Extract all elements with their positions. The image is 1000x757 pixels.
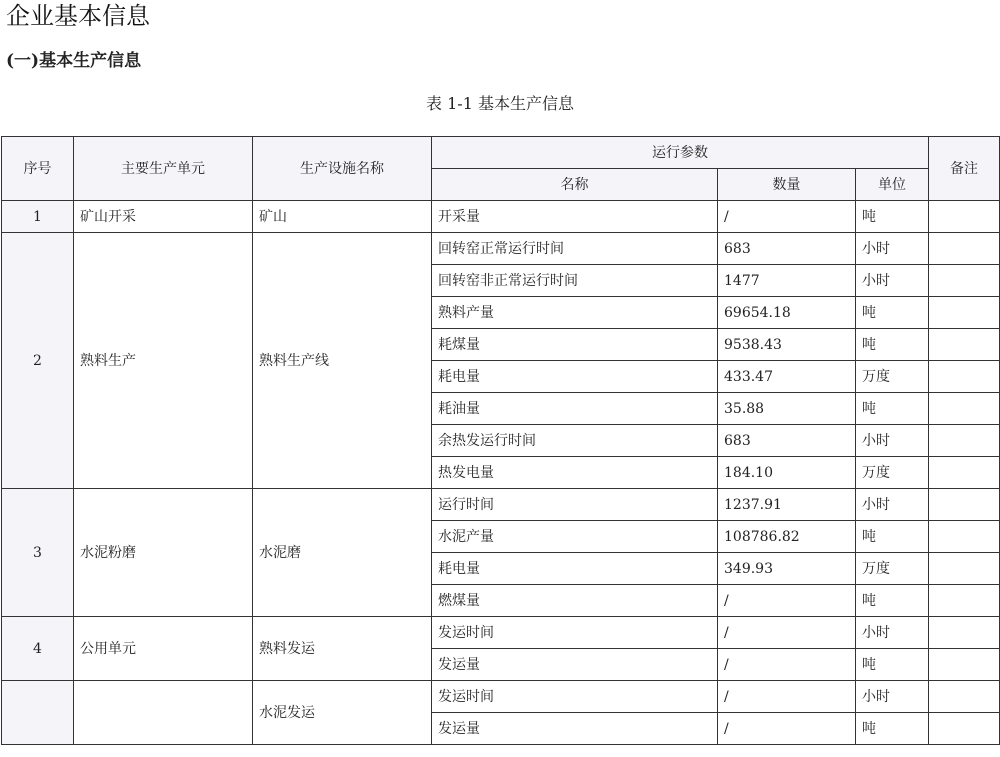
cell-remark <box>929 553 1000 585</box>
cell-param-qty: 1477 <box>718 265 856 297</box>
cell-facility-name: 矿山 <box>253 201 432 233</box>
cell-param-unit: 吨 <box>856 201 929 233</box>
cell-param-qty: / <box>718 649 856 681</box>
cell-param-qty: / <box>718 585 856 617</box>
cell-param-unit: 小时 <box>856 425 929 457</box>
cell-param-name: 回转窑非正常运行时间 <box>432 265 718 297</box>
cell-seq: 4 <box>2 617 74 681</box>
cell-remark <box>929 265 1000 297</box>
cell-remark <box>929 489 1000 521</box>
cell-param-unit: 吨 <box>856 297 929 329</box>
cell-param-name: 耗煤量 <box>432 329 718 361</box>
cell-param-unit: 万度 <box>856 457 929 489</box>
table-row: 2熟料生产熟料生产线回转窑正常运行时间683小时 <box>2 233 1000 265</box>
cell-param-name: 开采量 <box>432 201 718 233</box>
cell-param-name: 耗电量 <box>432 553 718 585</box>
cell-remark <box>929 681 1000 713</box>
cell-facility-name: 熟料发运 <box>253 617 432 681</box>
cell-remark <box>929 361 1000 393</box>
cell-param-unit: 万度 <box>856 361 929 393</box>
table-caption: 表 1-1 基本生产信息 <box>0 93 1000 115</box>
cell-remark <box>929 649 1000 681</box>
cell-param-qty: / <box>718 681 856 713</box>
cell-param-qty: 349.93 <box>718 553 856 585</box>
cell-param-unit: 小时 <box>856 489 929 521</box>
cell-remark <box>929 233 1000 265</box>
cell-param-unit: 吨 <box>856 713 929 745</box>
cell-param-qty: / <box>718 201 856 233</box>
cell-facility-name: 水泥发运 <box>253 681 432 745</box>
cell-production-unit: 矿山开采 <box>74 201 253 233</box>
cell-param-name: 运行时间 <box>432 489 718 521</box>
document-title: 企业基本信息 <box>6 0 150 32</box>
cell-param-unit: 吨 <box>856 393 929 425</box>
cell-remark <box>929 425 1000 457</box>
cell-param-name: 发运时间 <box>432 681 718 713</box>
cell-param-qty: 433.47 <box>718 361 856 393</box>
cell-remark <box>929 457 1000 489</box>
cell-remark <box>929 521 1000 553</box>
header-seq: 序号 <box>2 137 74 201</box>
section-title: (一)基本生产信息 <box>6 48 141 74</box>
header-param-name: 名称 <box>432 169 718 201</box>
cell-param-qty: 683 <box>718 425 856 457</box>
table-row: 4公用单元熟料发运发运时间/小时 <box>2 617 1000 649</box>
cell-param-qty: 184.10 <box>718 457 856 489</box>
cell-production-unit: 公用单元 <box>74 617 253 681</box>
cell-param-unit: 小时 <box>856 265 929 297</box>
cell-param-name: 回转窑正常运行时间 <box>432 233 718 265</box>
cell-param-name: 余热发运行时间 <box>432 425 718 457</box>
cell-facility-name: 水泥磨 <box>253 489 432 617</box>
cell-param-qty: 9538.43 <box>718 329 856 361</box>
header-params: 运行参数 <box>432 137 929 169</box>
cell-param-name: 燃煤量 <box>432 585 718 617</box>
cell-param-unit: 小时 <box>856 617 929 649</box>
cell-seq <box>2 681 74 745</box>
cell-remark <box>929 393 1000 425</box>
cell-param-name: 发运量 <box>432 713 718 745</box>
cell-seq: 3 <box>2 489 74 617</box>
cell-param-name: 耗电量 <box>432 361 718 393</box>
table-body: 1矿山开采矿山开采量/吨2熟料生产熟料生产线回转窑正常运行时间683小时回转窑非… <box>2 201 1000 745</box>
cell-param-qty: / <box>718 617 856 649</box>
cell-param-qty: 108786.82 <box>718 521 856 553</box>
cell-param-qty: 69654.18 <box>718 297 856 329</box>
cell-param-qty: 683 <box>718 233 856 265</box>
cell-production-unit: 熟料生产 <box>74 233 253 489</box>
cell-production-unit: 水泥粉磨 <box>74 489 253 617</box>
cell-param-name: 热发电量 <box>432 457 718 489</box>
cell-remark <box>929 201 1000 233</box>
cell-param-name: 耗油量 <box>432 393 718 425</box>
cell-param-name: 发运量 <box>432 649 718 681</box>
cell-remark <box>929 617 1000 649</box>
cell-remark <box>929 329 1000 361</box>
cell-param-qty: 1237.91 <box>718 489 856 521</box>
cell-param-unit: 吨 <box>856 649 929 681</box>
header-param-unit: 单位 <box>856 169 929 201</box>
cell-param-unit: 万度 <box>856 553 929 585</box>
cell-param-qty: / <box>718 713 856 745</box>
cell-param-name: 水泥产量 <box>432 521 718 553</box>
table-row: 3水泥粉磨水泥磨运行时间1237.91小时 <box>2 489 1000 521</box>
cell-param-unit: 小时 <box>856 681 929 713</box>
header-facility: 生产设施名称 <box>253 137 432 201</box>
header-remark: 备注 <box>929 137 1000 201</box>
cell-seq: 1 <box>2 201 74 233</box>
cell-remark <box>929 713 1000 745</box>
cell-production-unit <box>74 681 253 745</box>
cell-remark <box>929 297 1000 329</box>
cell-remark <box>929 585 1000 617</box>
cell-param-unit: 吨 <box>856 329 929 361</box>
table-row: 水泥发运发运时间/小时 <box>2 681 1000 713</box>
cell-param-qty: 35.88 <box>718 393 856 425</box>
cell-param-unit: 吨 <box>856 521 929 553</box>
cell-facility-name: 熟料生产线 <box>253 233 432 489</box>
cell-param-unit: 小时 <box>856 233 929 265</box>
cell-param-name: 发运时间 <box>432 617 718 649</box>
production-info-table: 序号 主要生产单元 生产设施名称 运行参数 备注 名称 数量 单位 1矿山开采矿… <box>1 136 1000 745</box>
table-row: 1矿山开采矿山开采量/吨 <box>2 201 1000 233</box>
cell-seq: 2 <box>2 233 74 489</box>
header-param-qty: 数量 <box>718 169 856 201</box>
cell-param-unit: 吨 <box>856 585 929 617</box>
cell-param-name: 熟料产量 <box>432 297 718 329</box>
header-unit: 主要生产单元 <box>74 137 253 201</box>
